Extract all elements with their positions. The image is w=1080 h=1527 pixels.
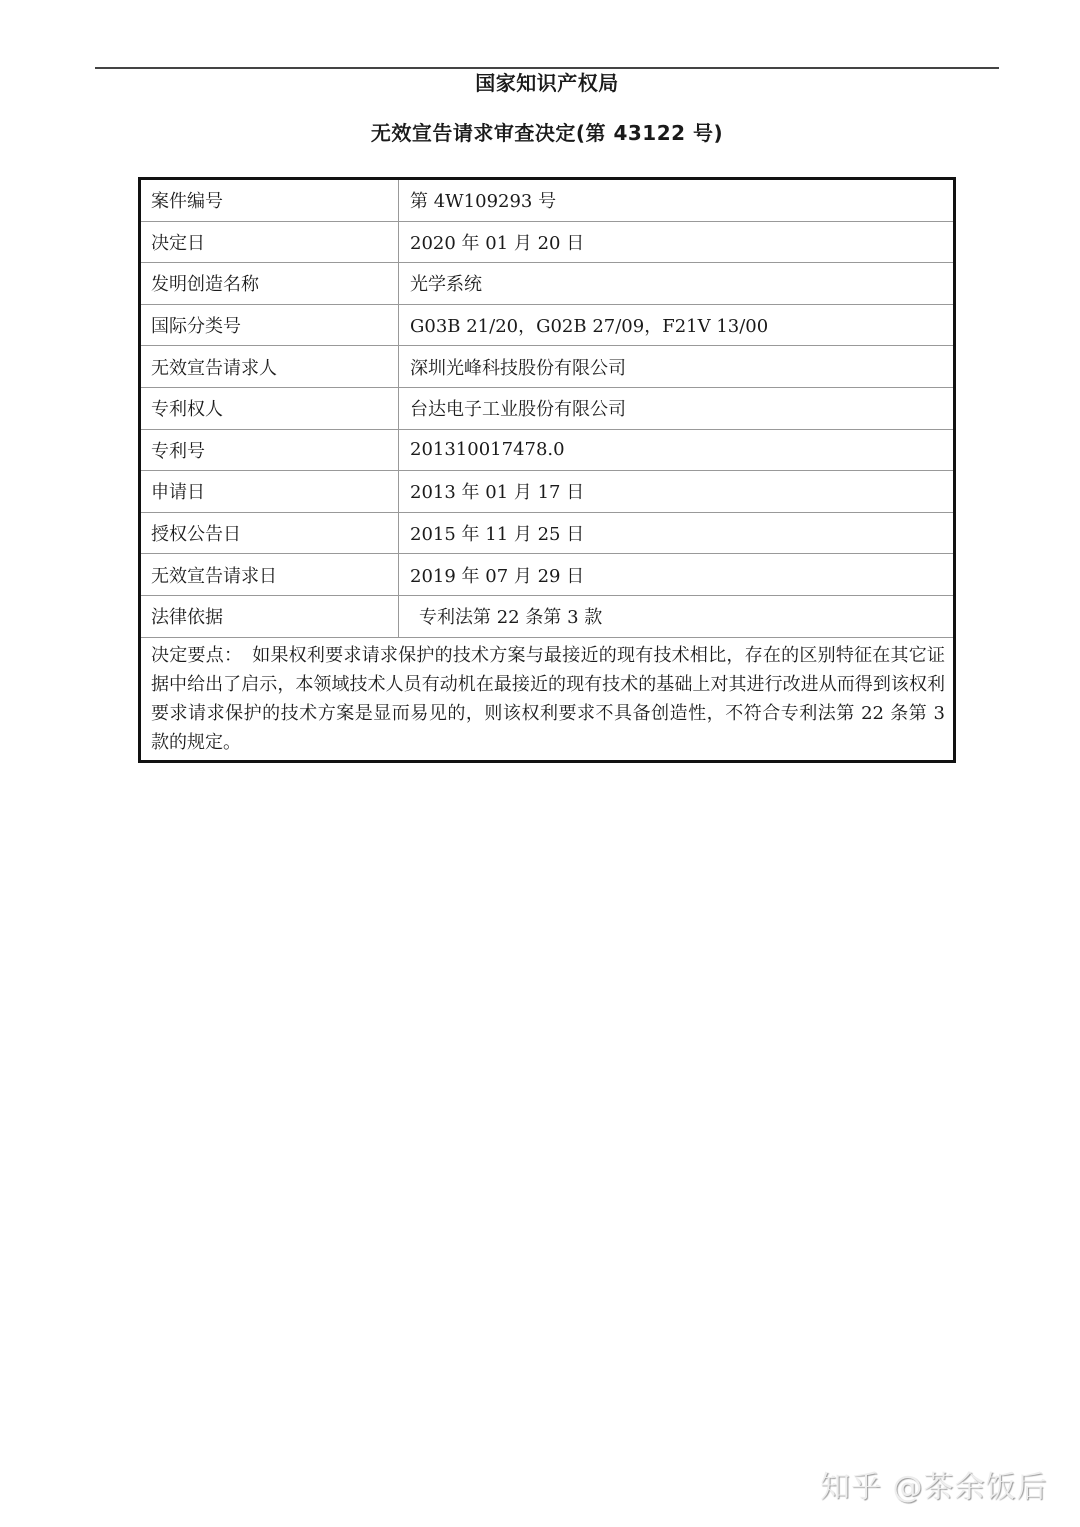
table-row-patent-number: 专利号 201310017478.0 <box>141 430 953 472</box>
row-value: 2015 年 11 月 25 日 <box>399 513 953 554</box>
row-value: 2019 年 07 月 29 日 <box>399 554 953 595</box>
row-label: 国际分类号 <box>141 305 399 346</box>
row-value: 台达电子工业股份有限公司 <box>399 388 953 429</box>
decision-summary: 决定要点：如果权利要求请求保护的技术方案与最接近的现有技术相比，存在的区别特征在… <box>141 638 953 760</box>
table-row-filing-date: 申请日 2013 年 01 月 17 日 <box>141 471 953 513</box>
row-value: 2013 年 01 月 17 日 <box>399 471 953 512</box>
row-value: 专利法第 22 条第 3 款 <box>399 596 953 637</box>
table-row-request-date: 无效宣告请求日 2019 年 07 月 29 日 <box>141 554 953 596</box>
row-value: G03B 21/20，G02B 27/09，F21V 13/00 <box>399 305 953 346</box>
row-value: 第 4W109293 号 <box>399 180 953 221</box>
table-row-petitioner: 无效宣告请求人 深圳光峰科技股份有限公司 <box>141 346 953 388</box>
table-row-ipc: 国际分类号 G03B 21/20，G02B 27/09，F21V 13/00 <box>141 305 953 347</box>
row-label: 无效宣告请求人 <box>141 346 399 387</box>
row-label: 决定日 <box>141 222 399 263</box>
case-info-table: 案件编号 第 4W109293 号 决定日 2020 年 01 月 20 日 发… <box>138 177 956 763</box>
row-label: 专利权人 <box>141 388 399 429</box>
row-value: 201310017478.0 <box>399 430 953 471</box>
table-row-invention-name: 发明创造名称 光学系统 <box>141 263 953 305</box>
row-label: 发明创造名称 <box>141 263 399 304</box>
row-label: 无效宣告请求日 <box>141 554 399 595</box>
row-label: 授权公告日 <box>141 513 399 554</box>
table-row-case-number: 案件编号 第 4W109293 号 <box>141 180 953 222</box>
table-row-patentee: 专利权人 台达电子工业股份有限公司 <box>141 388 953 430</box>
row-value: 2020 年 01 月 20 日 <box>399 222 953 263</box>
summary-text: 如果权利要求请求保护的技术方案与最接近的现有技术相比，存在的区别特征在其它证据中… <box>151 645 945 753</box>
row-label: 案件编号 <box>141 180 399 221</box>
table-row-grant-date: 授权公告日 2015 年 11 月 25 日 <box>141 513 953 555</box>
summary-label: 决定要点： <box>151 645 242 666</box>
document-title: 无效宣告请求审查决定(第 43122 号) <box>0 118 1080 148</box>
organization-title: 国家知识产权局 <box>0 68 1080 98</box>
row-value: 深圳光峰科技股份有限公司 <box>399 346 953 387</box>
row-label: 专利号 <box>141 430 399 471</box>
watermark: 知乎 @茶余饭后 <box>820 1462 1048 1506</box>
table-row-legal-basis: 法律依据 专利法第 22 条第 3 款 <box>141 596 953 638</box>
row-label: 申请日 <box>141 471 399 512</box>
table-row-decision-date: 决定日 2020 年 01 月 20 日 <box>141 222 953 264</box>
row-value: 光学系统 <box>399 263 953 304</box>
row-label: 法律依据 <box>141 596 399 637</box>
